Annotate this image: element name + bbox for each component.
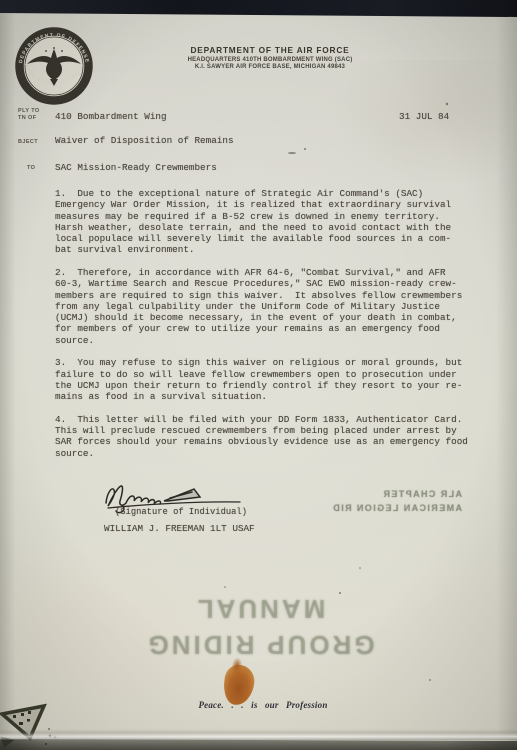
paper-fold-crease <box>0 729 517 740</box>
photographed-letter: DEPARTMENT OF DEFENSE UNITED STATES OF A… <box>0 0 517 750</box>
paper-specks <box>0 0 517 750</box>
